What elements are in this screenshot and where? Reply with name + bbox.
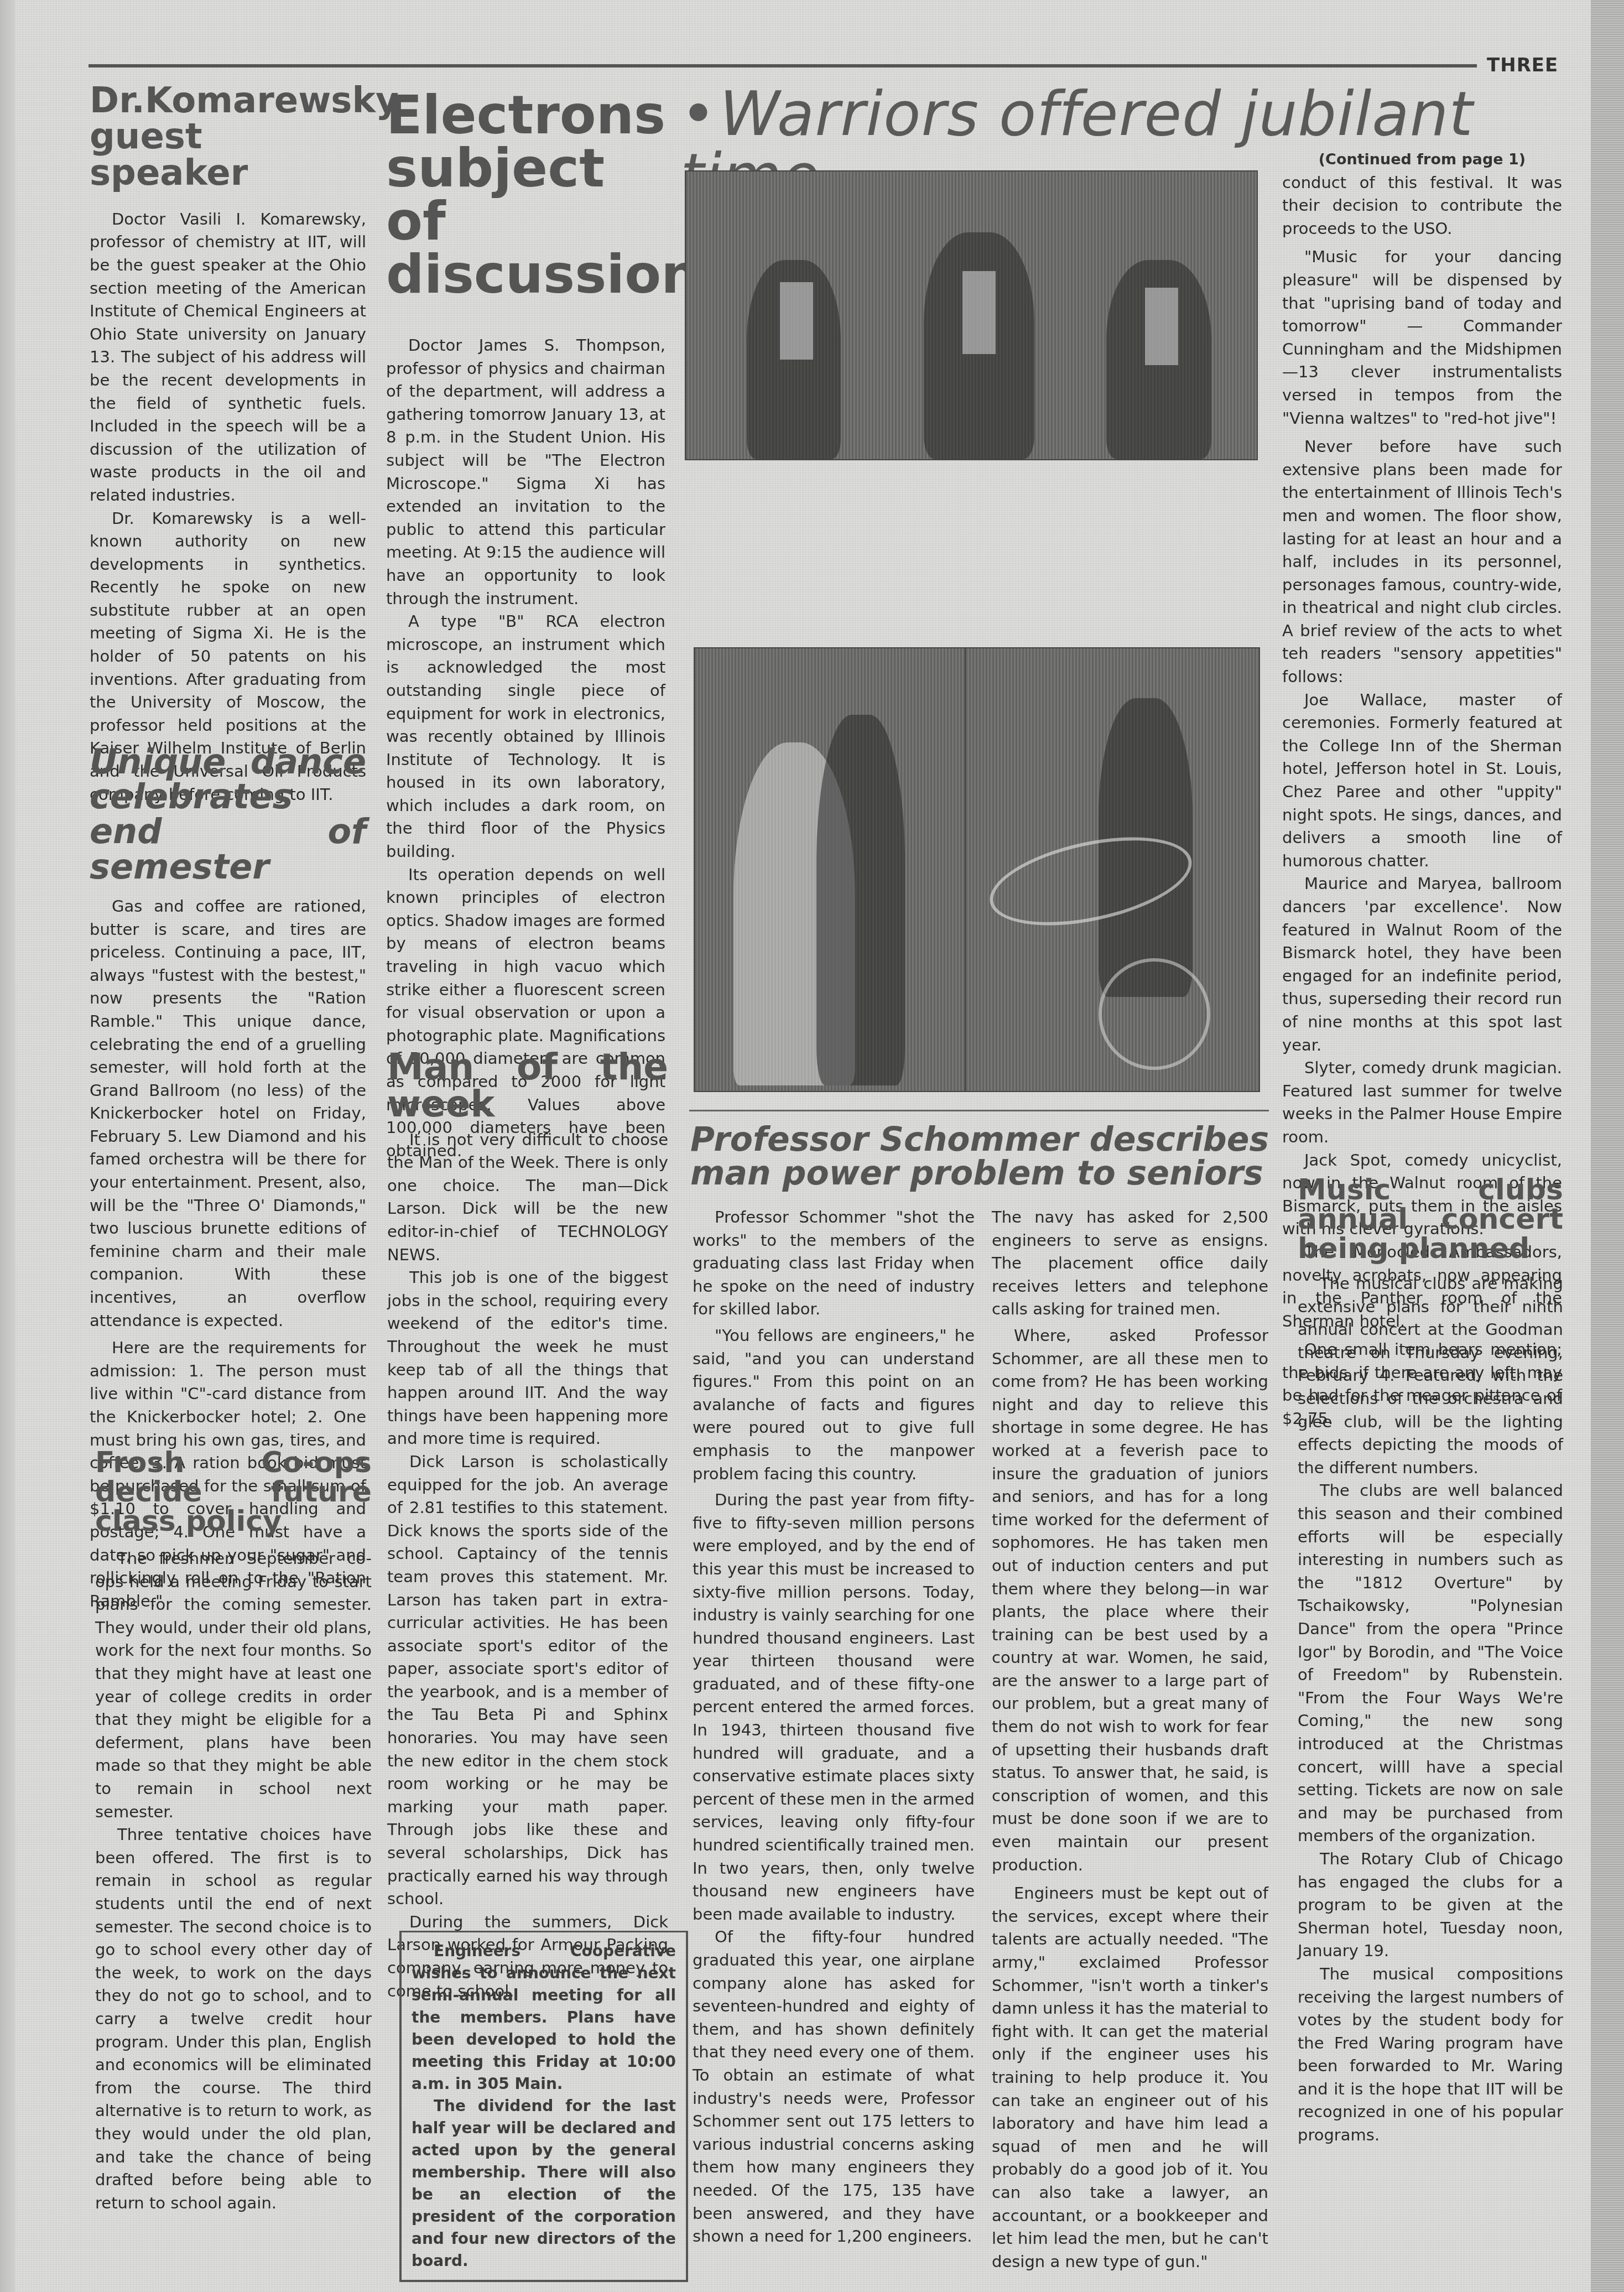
paragraph: Never before have such extensive plans b… <box>1282 435 1562 689</box>
headline-unique-dance: Unique dance celebrates end of semester <box>90 744 366 884</box>
paragraph: "You fellows are engineers," he said, "a… <box>693 1324 975 1485</box>
paragraph: Gas and coffee are rationed, butter is s… <box>90 895 366 1332</box>
continued-from-note: (Continued from page 1) <box>1282 148 1562 171</box>
headline-man-of-week: Man of the week <box>387 1048 668 1123</box>
scan-left-edge <box>0 0 15 2292</box>
headline-komarewsky: Dr.Komarewsky guest speaker <box>90 83 366 191</box>
article-frosh-coops: Frosh Co-ops decide future class policy … <box>95 1448 372 2215</box>
paragraph: "Music for your dancing pleasure" will b… <box>1282 246 1562 430</box>
paragraph: Doctor James S. Thompson, professor of p… <box>386 334 665 610</box>
paragraph: The freshmen September co-ops held a mee… <box>95 1547 372 1823</box>
paragraph: Engineers must be kept out of the servic… <box>992 1882 1268 2273</box>
article-music-clubs: Music clubs annual concert being planned… <box>1298 1176 1563 2147</box>
paragraph: Maurice and Maryea, ballroom dancers 'pa… <box>1282 872 1562 1057</box>
paragraph: Three tentative choices have been offere… <box>95 1823 372 2215</box>
article-schommer-col2: The navy has asked for 2,500 engineers t… <box>992 1206 1268 2273</box>
paragraph: conduct of this festival. It was their d… <box>1282 171 1562 241</box>
article-schommer-col1: Professor Schommer "shot the works" to t… <box>693 1206 975 2248</box>
paragraph: Professor Schommer "shot the works" to t… <box>693 1206 975 1321</box>
article-electrons: Electrons subject of discussion Doctor J… <box>386 89 665 1162</box>
paragraph: Joe Wallace, master of ceremonies. Forme… <box>1282 689 1562 873</box>
bullet-icon: • <box>680 79 717 149</box>
newspaper-page: THREE Dr.Komarewsky guest speaker Doctor… <box>0 0 1624 2292</box>
headline-electrons: Electrons subject of discussion <box>386 89 665 301</box>
photo-unicyclist <box>965 647 1260 1092</box>
paragraph: During the past year from fifty-five to … <box>693 1489 975 1926</box>
paragraph: Slyter, comedy drunk magician. Featured … <box>1282 1057 1562 1148</box>
paragraph: The clubs are well balanced this season … <box>1298 1479 1563 1848</box>
photo-ballroom-dancers <box>694 647 966 1092</box>
paragraph: Dick Larson is scholastically equipped f… <box>387 1451 668 1911</box>
notice-paragraph: The dividend for the last half year will… <box>412 2095 676 2272</box>
paragraph: This job is one of the biggest jobs in t… <box>387 1266 668 1451</box>
page-number: THREE <box>1487 54 1558 76</box>
paragraph: The musical compositions receiving the l… <box>1298 1963 1563 2147</box>
paragraph: It is not very difficult to choose the M… <box>387 1129 668 1267</box>
photo-midshipmen-band <box>685 170 1258 460</box>
paragraph: The musical clubs are making extensive p… <box>1298 1272 1563 1479</box>
notice-box-engineers-cooperative: Engineers Cooperative wishes to announce… <box>399 1931 688 2282</box>
paragraph: The Rotary Club of Chicago has engaged t… <box>1298 1848 1563 1963</box>
paragraph: Doctor Vasili I. Komarewsky, professor o… <box>90 208 366 507</box>
paragraph: A type "B" RCA electron microscope, an i… <box>386 610 665 864</box>
masthead-rule <box>89 64 1477 67</box>
article-komarewsky: Dr.Komarewsky guest speaker Doctor Vasil… <box>90 83 366 806</box>
headline-schommer: Professor Schommer describes man power p… <box>690 1123 1277 1191</box>
scan-right-edge <box>1591 0 1624 2292</box>
headline-music-clubs: Music clubs annual concert being planned <box>1298 1176 1563 1264</box>
paragraph: The navy has asked for 2,500 engineers t… <box>992 1206 1268 1321</box>
paragraph: Of the fifty-four hundred graduated this… <box>693 1926 975 2248</box>
headline-frosh-coops: Frosh Co-ops decide future class policy <box>95 1448 372 1536</box>
article-man-of-week: Man of the week It is not very difficult… <box>387 1048 668 2003</box>
section-rule <box>689 1110 1269 1111</box>
notice-paragraph: Engineers Cooperative wishes to announce… <box>412 1940 676 2095</box>
paragraph: Where, asked Professor Schommer, are all… <box>992 1324 1268 1877</box>
